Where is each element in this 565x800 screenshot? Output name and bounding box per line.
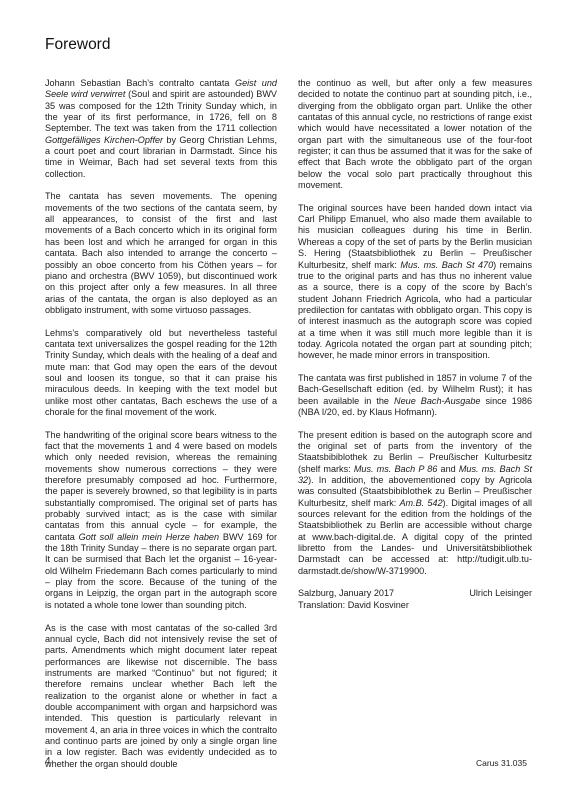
paragraph: The cantata was first published in 1857 …: [298, 373, 532, 418]
paragraph: the continuo as well, but after only a f…: [298, 78, 532, 191]
paragraph: As is the case with most cantatas of the…: [45, 623, 277, 770]
author-name: Ulrich Leisinger: [469, 588, 532, 599]
page-title: Foreword: [45, 36, 110, 54]
paragraph: Lehms’s comparatively old but neverthele…: [45, 328, 277, 419]
place-date: Salzburg, January 2017: [298, 588, 394, 599]
paragraph: The cantata has seven movements. The ope…: [45, 191, 277, 316]
catalog-number: Carus 31.035: [476, 758, 527, 768]
left-column: Johann Sebastian Bach’s contralto cantat…: [45, 78, 277, 781]
right-column: the continuo as well, but after only a f…: [298, 78, 532, 611]
paragraph: The present edition is based on the auto…: [298, 430, 532, 577]
paragraph: The original sources have been handed do…: [298, 203, 532, 362]
paragraph: The handwriting of the original score be…: [45, 430, 277, 612]
translation-credit: Translation: David Kosviner: [298, 600, 532, 611]
page-number: 4: [45, 756, 51, 767]
paragraph: Johann Sebastian Bach’s contralto cantat…: [45, 78, 277, 180]
signature-block: Salzburg, January 2017 Ulrich Leisinger: [298, 588, 532, 599]
